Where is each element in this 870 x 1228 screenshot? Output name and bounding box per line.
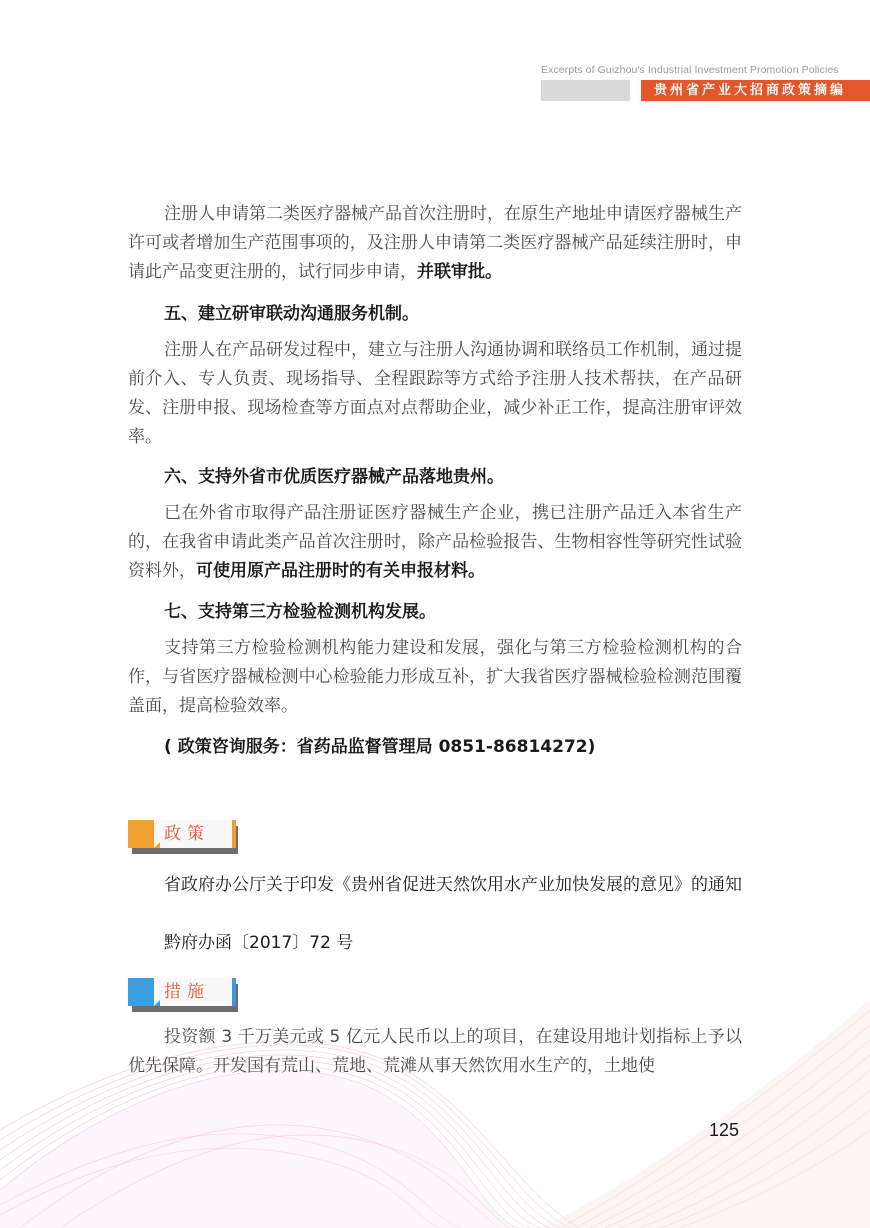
intro-paragraph: 注册人申请第二类医疗器械产品首次注册时，在原生产地址申请医疗器械生产许可或者增加…	[128, 200, 742, 287]
policy-title: 省政府办公厅关于印发《贵州省促进天然饮用水产业加快发展的意见》的通知	[128, 870, 742, 900]
policy-contact-line: ( 政策咨询服务：省药品监督管理局 0851-86814272)	[164, 735, 595, 759]
header-banner-title: 贵州省产业大招商政策摘编	[641, 80, 870, 101]
intro-bold-text: 并联审批。	[417, 262, 502, 282]
section-six-body: 已在外省市取得产品注册证医疗器械生产企业，携已注册产品迁入本省生产的，在我省申请…	[128, 499, 742, 586]
tag-accent-block	[128, 820, 154, 848]
policy-document-number: 黔府办函〔2017〕72 号	[164, 930, 353, 956]
section-six-bold-text: 可使用原产品注册时的有关申报材料。	[196, 561, 485, 581]
tag-accent-block	[128, 978, 154, 1006]
section-five-body: 注册人在产品研发过程中，建立与注册人沟通协调和联络员工作机制，通过提前介入、专人…	[128, 336, 742, 452]
header-gray-bar	[541, 80, 630, 101]
measures-section-tag: 措施	[128, 978, 238, 1012]
measures-tag-label: 措施	[164, 978, 234, 1006]
policy-tag-label: 政策	[164, 820, 234, 848]
measures-body: 投资额 3 千万美元或 5 亿元人民币以上的项目，在建设用地计划指标上予以优先保…	[128, 1023, 742, 1081]
section-seven-body: 支持第三方检验检测机构能力建设和发展，强化与第三方检验检测机构的合作，与省医疗器…	[128, 634, 742, 721]
policy-section-tag: 政策	[128, 820, 238, 854]
section-five-heading: 五、建立研审联动沟通服务机制。	[164, 302, 419, 326]
page-number: 125	[709, 1120, 739, 1141]
section-seven-heading: 七、支持第三方检验检测机构发展。	[164, 600, 436, 624]
header-english-subtitle: Excerpts of Guizhou's Industrial Investm…	[541, 64, 839, 76]
section-six-heading: 六、支持外省市优质医疗器械产品落地贵州。	[164, 465, 504, 489]
